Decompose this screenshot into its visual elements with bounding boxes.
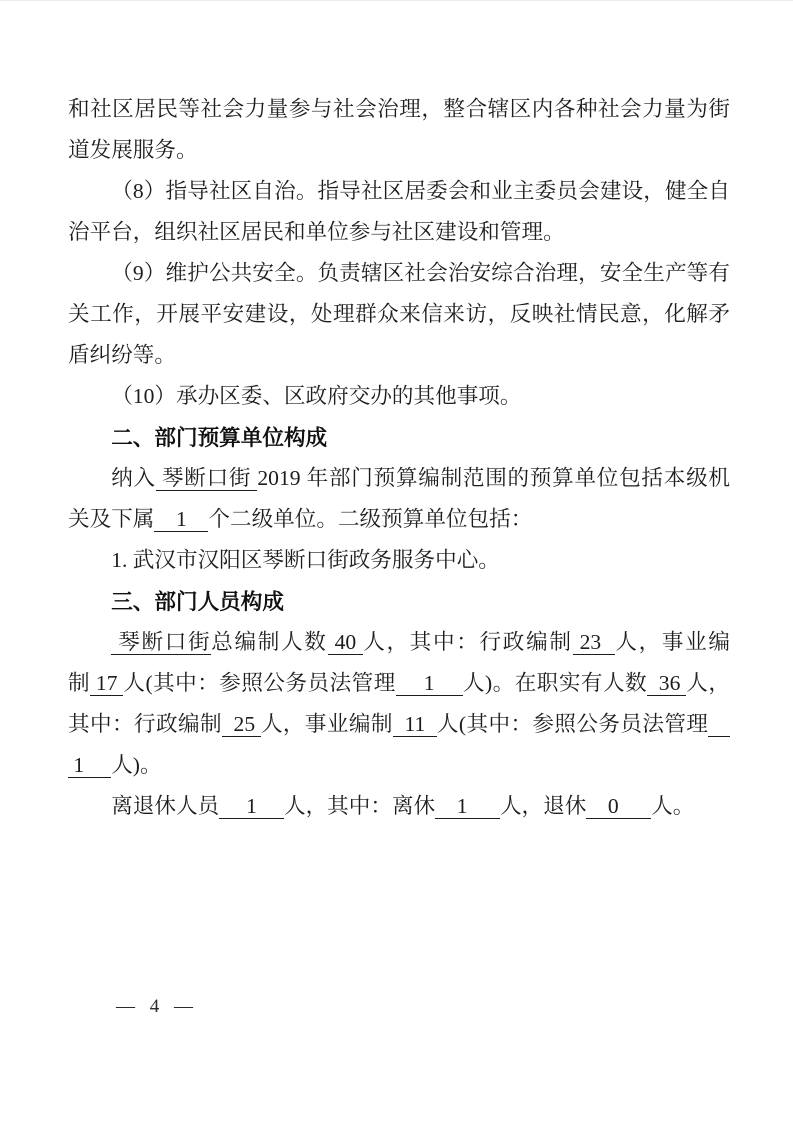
- text-run: 人)。: [111, 753, 161, 777]
- text-run: 离退休人员: [111, 794, 219, 818]
- section-3-heading: 三、部门人员构成: [68, 581, 730, 622]
- underline-dept-name: 琴断口街: [156, 466, 258, 491]
- text-run: 人，退休: [500, 794, 586, 818]
- paragraph-subunit-list-item: 1. 武汉市汉阳区琴断口街政务服务中心。: [68, 540, 730, 581]
- paragraph-continuation: 和社区居民等社会力量参与社会治理，整合辖区内各种社会力量为街道发展服务。: [68, 89, 730, 171]
- page-number: — 4 —: [116, 996, 198, 1018]
- text-run: 个二级单位。二级预算单位包括：: [208, 507, 532, 531]
- paragraph-retirees: 离退休人员 1 人，其中：离休 1 人，退休 0 人。: [68, 786, 730, 827]
- underline-admin-actual: 25: [222, 712, 261, 737]
- text-run: （10）承办区委、区政府交办的其他事项。: [111, 384, 521, 408]
- underline-retiree-total: 1: [219, 794, 284, 819]
- paragraph-staffing: 琴断口街总编制人数 40 人，其中：行政编制 23 人，事业编制 17 人(其中…: [68, 622, 730, 786]
- document-page: 和社区居民等社会力量参与社会治理，整合辖区内各种社会力量为街道发展服务。 （8）…: [0, 0, 793, 1122]
- heading-text: 三、部门人员构成: [111, 589, 284, 614]
- underline-career-headcount: 17: [90, 671, 123, 696]
- text-run: 人，事业编制: [261, 712, 393, 736]
- text-run: 和社区居民等社会力量参与社会治理，整合辖区内各种社会力量为街道发展服务。: [68, 97, 730, 162]
- underline-total-headcount: 40: [328, 630, 364, 655]
- paragraph-item-8: （8）指导社区自治。指导社区居委会和业主委员会建设，健全自治平台，组织社区居民和…: [68, 171, 730, 253]
- text-run: 人(其中：参照公务员法管理: [123, 671, 395, 695]
- underline-subunit-count: 1: [154, 507, 208, 532]
- underline-career-actual: 11: [393, 712, 437, 737]
- text-run: 人。: [651, 794, 694, 818]
- text-run: 人)。在职实有人数: [463, 671, 647, 695]
- heading-text: 二、部门预算单位构成: [111, 425, 327, 450]
- paragraph-budget-units: 纳入 琴断口街 2019 年部门预算编制范围的预算单位包括本级机关及下属 1 个…: [68, 458, 730, 540]
- text-run: 人(其中：参照公务员法管理: [437, 712, 709, 736]
- text-run: （8）指导社区自治。指导社区居委会和业主委员会建设，健全自治平台，组织社区居民和…: [68, 179, 730, 244]
- section-2-heading: 二、部门预算单位构成: [68, 417, 730, 458]
- text-run: 人，其中：行政编制: [363, 630, 572, 654]
- text-run: 纳入: [111, 466, 156, 490]
- text-run: 人，其中：离休: [284, 794, 435, 818]
- text-run: 1. 武汉市汉阳区琴断口街政务服务中心。: [111, 548, 500, 572]
- underline-lixiu-count: 1: [435, 794, 500, 819]
- text-run: （9）维护公共安全。负责辖区社会治安综合治理，安全生产等有关工作，开展平安建设，…: [68, 261, 730, 367]
- paragraph-item-10: （10）承办区委、区政府交办的其他事项。: [68, 376, 730, 417]
- underline-tuixiu-count: 0: [586, 794, 651, 819]
- document-body: 和社区居民等社会力量参与社会治理，整合辖区内各种社会力量为街道发展服务。 （8）…: [68, 89, 730, 827]
- text-run: 总编制人数: [211, 630, 327, 654]
- underline-dept-name: 琴断口街: [111, 630, 211, 655]
- underline-csl-managed-count: 1: [396, 671, 463, 696]
- underline-admin-headcount: 23: [573, 630, 616, 655]
- paragraph-item-9: （9）维护公共安全。负责辖区社会治安综合治理，安全生产等有关工作，开展平安建设，…: [68, 253, 730, 376]
- underline-actual-headcount: 36: [647, 671, 686, 696]
